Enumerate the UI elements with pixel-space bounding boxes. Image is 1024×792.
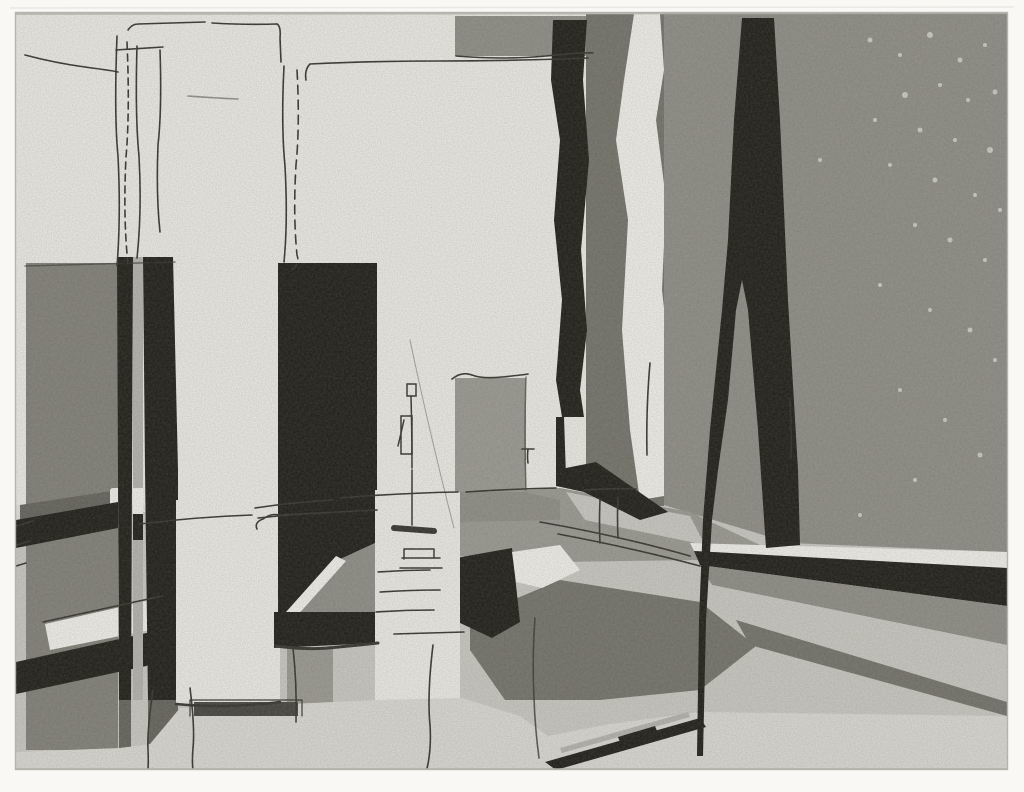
etching-artwork — [0, 0, 1024, 792]
paper-deckle-line — [10, 7, 1014, 8]
margin-left — [0, 0, 15, 792]
margin-bottom — [0, 770, 1024, 792]
margin-top — [0, 0, 1024, 12]
grain-light-overlay — [15, 12, 1008, 770]
margin-right — [1008, 0, 1024, 792]
plate-top-edge — [15, 13, 1008, 14]
etching-canvas — [0, 0, 1024, 792]
